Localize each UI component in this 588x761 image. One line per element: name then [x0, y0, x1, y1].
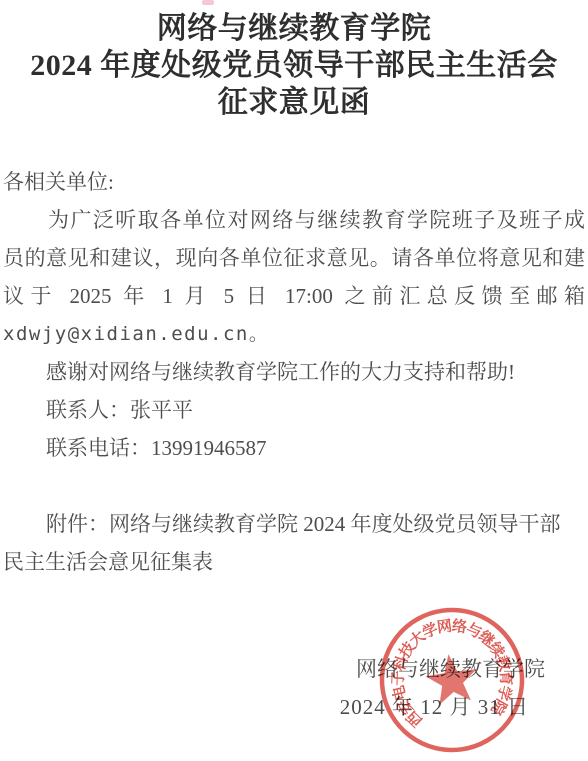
- svg-text:大: 大: [406, 628, 428, 651]
- attachment-line-2: 民主生活会意见征集表: [3, 543, 585, 581]
- email-address: xdwjy@xidian.edu.cn。: [3, 315, 585, 353]
- paragraph1-line-2: 员的意见和建议，现向各单位征求意见。请各单位将意见和建: [3, 239, 585, 277]
- signature-block: 网络与继续教育学院 2024 年 12 月 31 日: [340, 650, 545, 726]
- svg-text:继: 继: [475, 627, 498, 650]
- scan-artifact: [202, 0, 214, 5]
- svg-text:学: 学: [420, 619, 441, 642]
- paragraph1-line-3: 议于 2025 年 1 月 5 日 17:00 之前汇总反馈至邮箱: [3, 277, 585, 315]
- letter-body: 各相关单位: 为广泛听取各单位对网络与继续教育学院班子及班子成 员的意见和建议，…: [3, 163, 585, 581]
- paragraph1-line-1: 为广泛听取各单位对网络与继续教育学院班子及班子成: [3, 201, 585, 239]
- title-line-2: 2024 年度处级党员领导干部民主生活会: [0, 47, 588, 84]
- page-title: 网络与继续教育学院 2024 年度处级党员领导干部民主生活会 征求意见函: [0, 10, 588, 121]
- contact-person-line: 联系人：张平平: [3, 391, 585, 429]
- signature-date: 2024 年 12 月 31 日: [340, 688, 545, 726]
- thanks-line: 感谢对网络与继续教育学院工作的大力支持和帮助!: [3, 353, 585, 391]
- salutation: 各相关单位:: [3, 163, 585, 201]
- title-line-1: 网络与继续教育学院: [0, 10, 588, 47]
- blank-line: [3, 467, 585, 505]
- svg-text:与: 与: [463, 619, 484, 642]
- letter-page: 网络与继续教育学院 2024 年度处级党员领导干部民主生活会 征求意见函 各相关…: [0, 0, 588, 761]
- svg-text:络: 络: [451, 617, 468, 637]
- contact-phone-line: 联系电话：13991946587: [3, 429, 585, 467]
- attachment-line-1: 附件：网络与继续教育学院 2024 年度处级党员领导干部: [3, 505, 585, 543]
- signature-organization: 网络与继续教育学院: [340, 650, 545, 688]
- svg-text:网: 网: [436, 618, 453, 637]
- title-line-3: 征求意见函: [0, 84, 588, 121]
